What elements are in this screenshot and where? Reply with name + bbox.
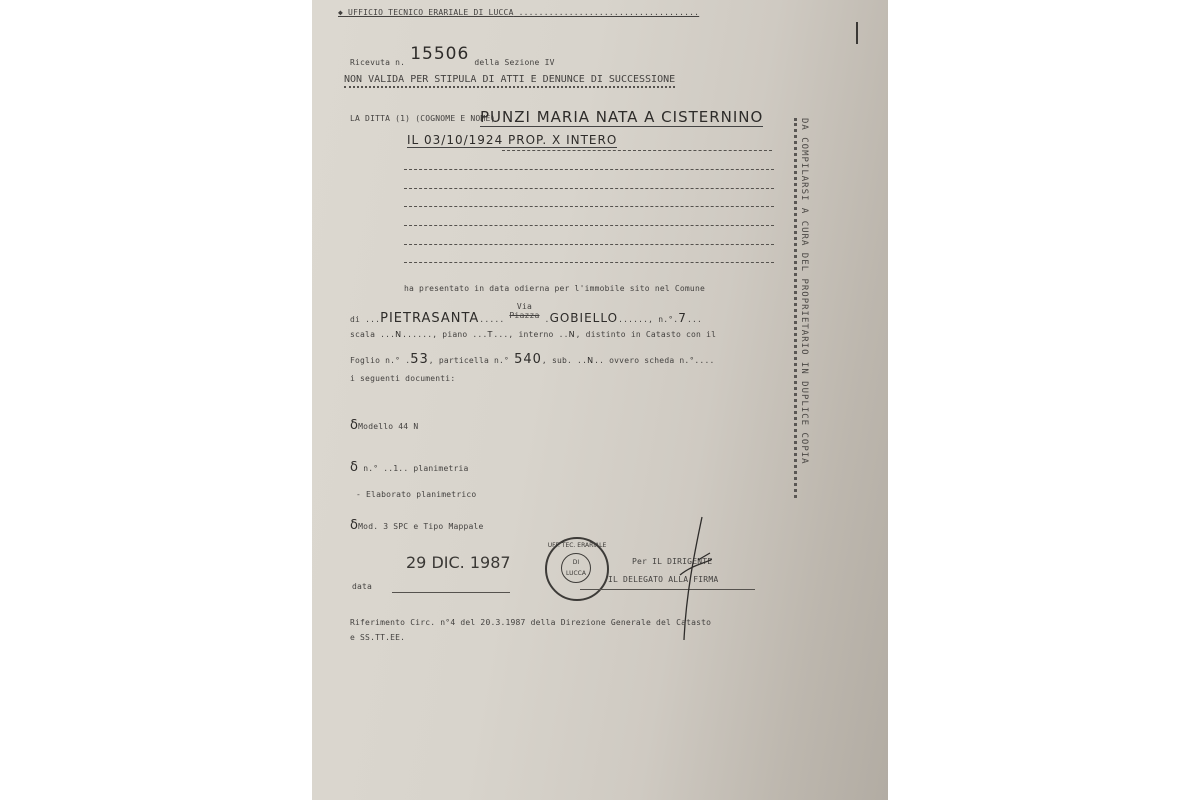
owner-name: PUNZI MARIA NATA A CISTERNINO — [480, 108, 763, 127]
section-label: della Sezione IV — [474, 58, 554, 67]
street-value: GOBIELLO — [550, 311, 619, 325]
receipt-number: 15506 — [410, 44, 469, 64]
scanned-document: ◆ UFFICIO TECNICO ERARIALE DI LUCCA ....… — [312, 0, 888, 800]
property-intro: ha presentato in data odierna per l'immo… — [404, 284, 705, 293]
comune-value: PIETRASANTA — [380, 311, 479, 326]
house-number: 7 — [678, 311, 687, 325]
foglio-line: Foglio n.° .53, particella n.° 540, sub.… — [350, 352, 715, 367]
office-header: ◆ UFFICIO TECNICO ERARIALE DI LUCCA ....… — [338, 8, 699, 17]
scala-line: scala ...N......, piano ...T..., interno… — [350, 330, 716, 339]
comune-line: di ...PIETRASANTA..... ViaPiazza .GOBIEL… — [350, 306, 702, 326]
document-item: ẟ n.° ..1.. planimetria — [350, 460, 469, 475]
owner-birth: IL 03/10/1924 PROP. X INTERO — [407, 133, 617, 148]
office-stamp: UFF. TEC. ERARIALE DI LUCCA — [545, 537, 609, 601]
document-item: - Elaborato planimetrico — [356, 490, 476, 499]
reference-text: Riferimento Circ. n°4 del 20.3.1987 dell… — [350, 618, 711, 627]
side-note: DA COMPILARSI A CURA DEL PROPRIETARIO IN… — [794, 118, 809, 498]
receipt-line: Ricevuta n. 15506 della Sezione IV — [350, 50, 555, 70]
margin-mark — [856, 22, 858, 44]
documents-intro: i seguenti documenti: — [350, 374, 455, 383]
particella-value: 540 — [514, 352, 542, 367]
document-item: ẟModello 44 N — [350, 418, 418, 433]
reference-text-2: e SS.TT.EE. — [350, 633, 405, 642]
document-item: ẟMod. 3 SPC e Tipo Mappale — [350, 518, 484, 533]
receipt-label: Ricevuta n. — [350, 58, 405, 67]
validity-warning: NON VALIDA PER STIPULA DI ATTI E DENUNCE… — [344, 74, 675, 88]
owner-label: LA DITTA (1) (COGNOME E NOME) — [350, 114, 495, 123]
date-stamp: 29 DIC. 1987 — [406, 553, 511, 572]
date-label: data — [352, 582, 372, 591]
foglio-value: 53 — [410, 352, 429, 367]
